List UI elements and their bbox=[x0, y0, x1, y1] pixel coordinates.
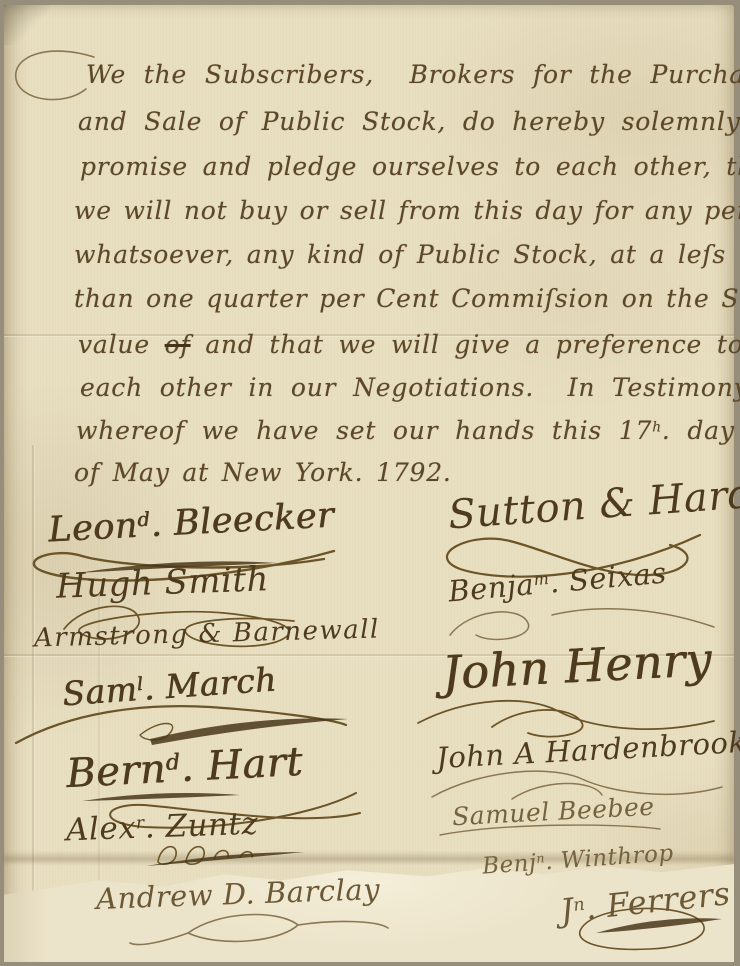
signature-text: Leon bbox=[47, 506, 139, 551]
signature-text: Alex bbox=[65, 810, 136, 848]
text-line-8: each other in our Negotiations. In Testi… bbox=[80, 374, 740, 403]
signature-text: Hugh Smith bbox=[55, 559, 269, 606]
text-line-2: and Sale of Public Stock, do hereby sole… bbox=[78, 108, 740, 137]
line-text: . day bbox=[662, 416, 735, 445]
superscript: h bbox=[652, 419, 662, 435]
line-text: We the Subscribers, Brokers for the Purc… bbox=[86, 60, 740, 89]
line-text: whatsoever, any kind of Public Stock, at… bbox=[74, 240, 740, 269]
line-text: each other in our Negotiations. In Testi… bbox=[80, 373, 740, 402]
line-text: than one quarter per Cent Commiſsion on … bbox=[74, 284, 740, 313]
signature-text: . Seixas bbox=[548, 556, 668, 600]
signature-leonard-bleecker: Leond. Bleecker bbox=[47, 496, 335, 551]
text-line-7: value of and that we will give a prefere… bbox=[78, 331, 740, 360]
text-line-6: than one quarter per Cent Commiſsion on … bbox=[74, 285, 740, 314]
superscript: m bbox=[533, 569, 550, 589]
signature-sutton-hardy: Sutton & Hardy bbox=[447, 470, 740, 539]
signature-samuel-march: Saml. March bbox=[61, 660, 278, 714]
opening-flourish bbox=[6, 43, 98, 115]
signature-samuel-beebee: Samuel Beebee bbox=[451, 792, 655, 832]
signature-benjamin-seixas: Benjam. Seixas bbox=[447, 556, 668, 609]
signature-text: Armstrong & Barnewall bbox=[34, 614, 381, 653]
line-text: whereof we have set our hands this 17 bbox=[76, 416, 652, 445]
struck-word: of bbox=[165, 330, 191, 359]
signature-text: . Bleecker bbox=[149, 496, 335, 546]
signature-text: Benj bbox=[481, 850, 537, 880]
line-text: promise and pledge ourselves to each oth… bbox=[80, 152, 740, 181]
signature-text: Bern bbox=[65, 746, 167, 797]
text-line-5: whatsoever, any kind of Public Stock, at… bbox=[74, 241, 740, 270]
signature-text: Benja bbox=[447, 567, 536, 608]
text-line-1: We the Subscribers, Brokers for the Purc… bbox=[86, 61, 740, 90]
signature-text: Sutton & Hardy bbox=[447, 470, 740, 539]
signature-text: Samuel Beebee bbox=[451, 792, 655, 832]
line-text: and Sale of Public Stock, do hereby sole… bbox=[78, 107, 740, 136]
signature-text: . Winthrop bbox=[544, 840, 674, 875]
signature-text: John A Hardenbrook bbox=[435, 725, 740, 775]
corner-shadow bbox=[4, 5, 50, 45]
text-line-3: promise and pledge ourselves to each oth… bbox=[80, 153, 740, 182]
fold-crease-left bbox=[32, 445, 34, 962]
signature-armstrong-barnewall: Armstrong & Barnewall bbox=[34, 614, 381, 653]
signature-hugh-smith: Hugh Smith bbox=[55, 559, 269, 606]
signature-text: . March bbox=[142, 660, 278, 708]
signature-text: John Henry bbox=[441, 632, 713, 700]
signature-alexander-zuntz: Alexr. Zuntz bbox=[65, 806, 258, 849]
text-line-4: we will not buy or sell from this day fo… bbox=[74, 197, 740, 226]
line-text: we will not buy or sell from this day fo… bbox=[74, 196, 740, 225]
text-line-10: of May at New York. 1792. bbox=[74, 459, 452, 488]
line-text: and that we will give a preference to bbox=[191, 330, 740, 359]
signature-text: . Zuntz bbox=[144, 806, 259, 846]
signature-text: Sam bbox=[61, 669, 139, 713]
manuscript-paper: We the Subscribers, Brokers for the Purc… bbox=[4, 5, 734, 962]
signature-john-hardenbrook: John A Hardenbrook bbox=[435, 725, 740, 775]
document-photo: We the Subscribers, Brokers for the Purc… bbox=[0, 0, 740, 966]
line-text: of May at New York. 1792. bbox=[74, 458, 452, 487]
superscript: d bbox=[165, 750, 181, 776]
signature-text: . Hart bbox=[179, 739, 304, 791]
line-text: value bbox=[78, 330, 165, 359]
text-line-9: whereof we have set our hands this 17h. … bbox=[76, 417, 735, 446]
signature-bernard-hart: Bernd. Hart bbox=[65, 739, 304, 797]
signature-john-henry: John Henry bbox=[441, 632, 713, 700]
